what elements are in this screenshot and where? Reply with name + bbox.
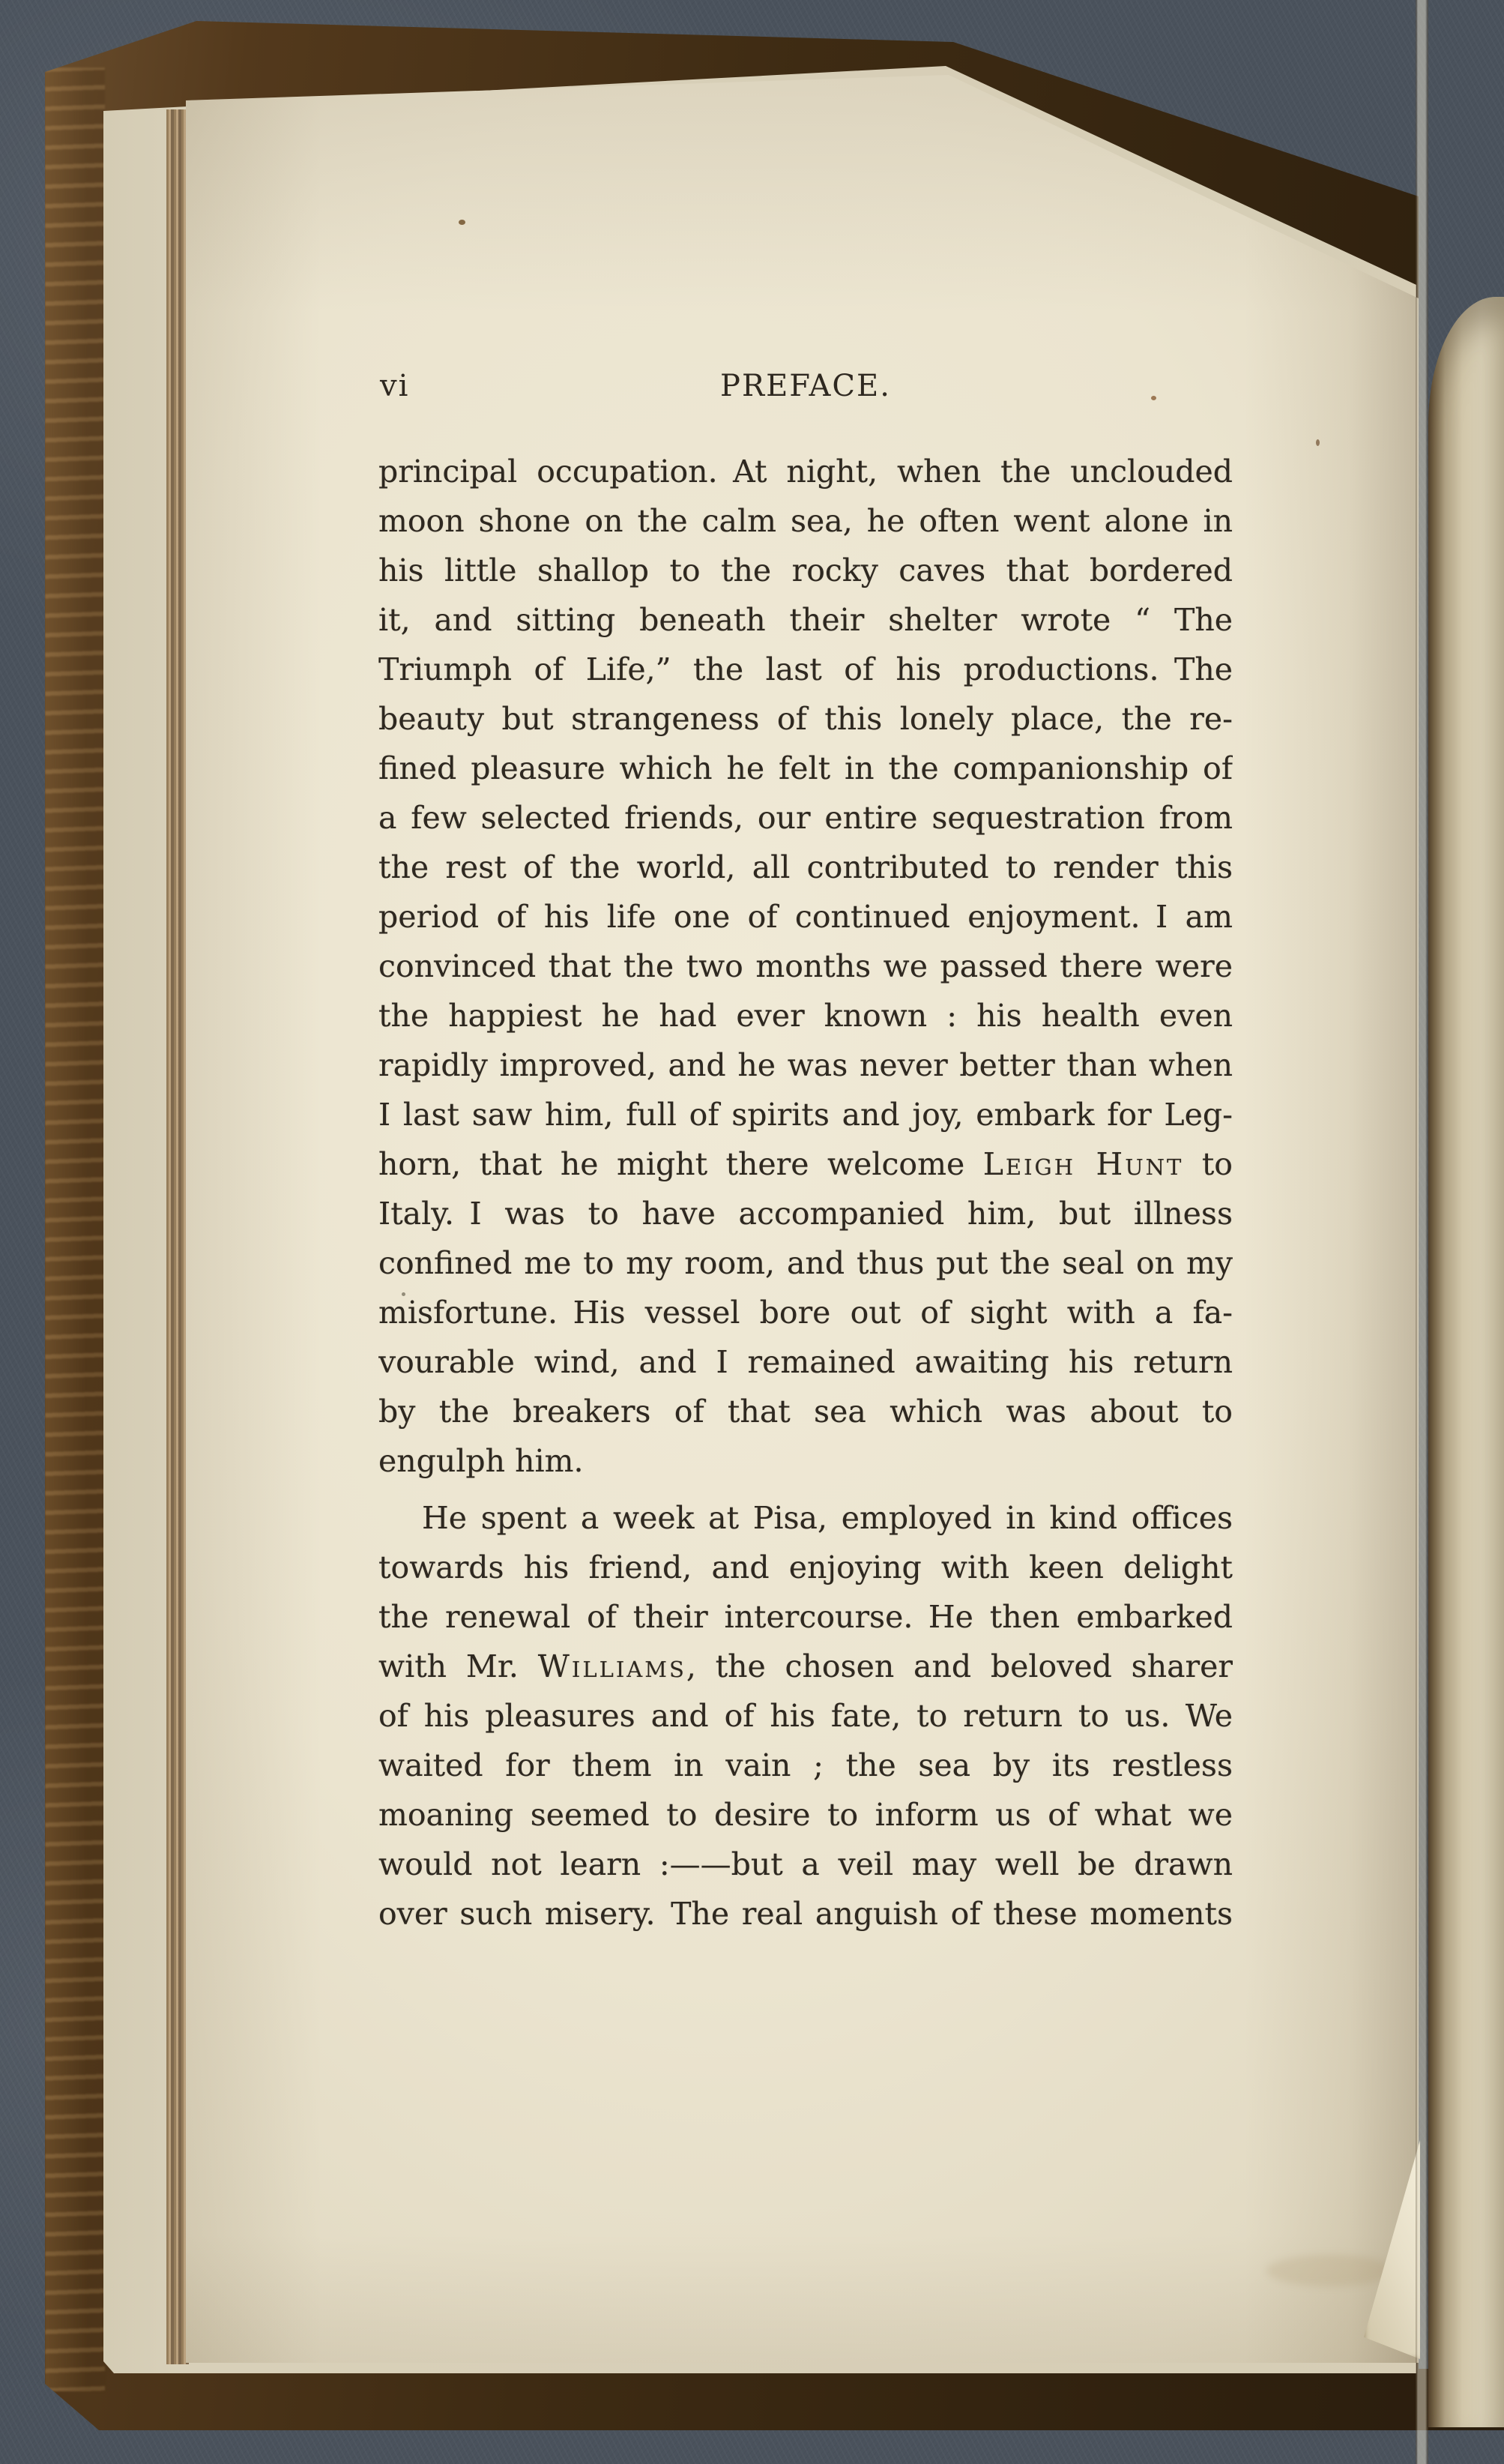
text-line: I last saw him, full of spirits and joy,… [378,1090,1233,1139]
glass-edge-highlight [1416,0,1428,2464]
paper-speck [459,220,465,225]
paragraph: principal occupation. At night, when the… [378,447,1233,1486]
text-line: vourable wind, and I remained awaiting h… [378,1337,1233,1387]
text-line: horn, that he might there welcome Leigh … [378,1139,1233,1189]
text-line: misfortune. His vessel bore out of sight… [378,1288,1233,1337]
text-line: moon shone on the calm sea, he often wen… [378,496,1233,546]
text-line: with Mr. Williams, the chosen and belove… [378,1642,1233,1691]
text-line: the happiest he had ever known : his hea… [378,991,1233,1040]
text-line: waited for them in vain ; the sea by its… [378,1741,1233,1790]
running-title: PREFACE. [378,369,1233,403]
book-page: vi PREFACE. principal occupation. At nig… [0,0,1504,2464]
text-line: the renewal of their intercourse. He the… [378,1592,1233,1642]
text-line: his little shallop to the rocky caves th… [378,546,1233,595]
text-line: beauty but strangeness of this lonely pl… [378,694,1233,744]
text-block: principal occupation. At night, when the… [378,447,1233,1939]
text-line: of his pleasures and of his fate, to ret… [378,1691,1233,1741]
text-line: principal occupation. At night, when the… [378,447,1233,496]
page-header: vi PREFACE. [378,369,1233,414]
text-line: by the breakers of that sea which was ab… [378,1387,1233,1436]
text-line: the rest of the world, all contributed t… [378,843,1233,892]
small-caps-name: Leigh Hunt [983,1146,1184,1182]
text-line: fined pleasure which he felt in the comp… [378,744,1233,793]
text-line: period of his life one of continued enjo… [378,892,1233,942]
text-line: confined me to my room, and thus put the… [378,1238,1233,1288]
text-line: convinced that the two months we passed … [378,942,1233,991]
small-caps-name: Williams [538,1648,686,1684]
text-line: a few selected friends, our entire seque… [378,793,1233,843]
text-line: Triumph of Life,” the last of his produc… [378,645,1233,694]
text-line: Italy. I was to have accompanied him, bu… [378,1189,1233,1238]
photographed-open-book: vi PREFACE. principal occupation. At nig… [0,0,1504,2464]
paragraph: He spent a week at Pisa, employed in kin… [378,1493,1233,1939]
text-line: He spent a week at Pisa, employed in kin… [378,1493,1233,1543]
paper-speck [1316,439,1320,446]
text-line: towards his friend, and enjoying with ke… [378,1543,1233,1592]
text-line: engulph him. [378,1436,1233,1486]
text-line: it, and sitting beneath their shelter wr… [378,595,1233,645]
facing-page-sliver [1428,297,1504,2427]
paper-stain [1266,2255,1394,2286]
text-line: moaning seemed to desire to inform us of… [378,1790,1233,1840]
page-edge-stack-line [166,109,189,2364]
text-line: over such misery. The real anguish of th… [378,1889,1233,1939]
text-line: would not learn :——but a veil may well b… [378,1840,1233,1889]
text-line: rapidly improved, and he was never bette… [378,1040,1233,1090]
